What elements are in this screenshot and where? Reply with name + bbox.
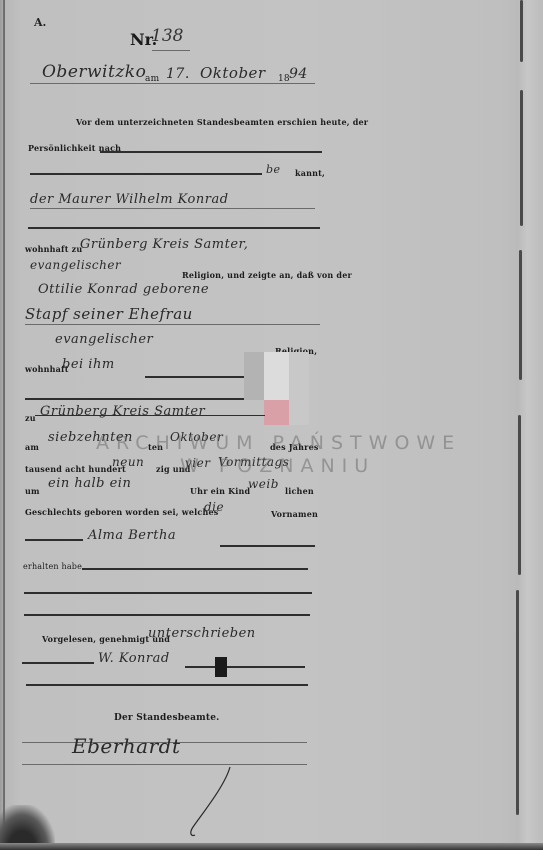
rule (26, 684, 308, 686)
mother-line-1: Ottilie Konrad geborene (38, 282, 209, 297)
received-label: erhalten habe (23, 562, 82, 571)
year-suffix: 94 (289, 66, 308, 82)
watermark-line-1: ARCHIWUM PAŃSTWOWE (96, 432, 461, 454)
rule (22, 764, 307, 765)
corner-label: A. (34, 16, 46, 29)
official-title: Der Standesbeamte. (114, 713, 220, 723)
informant-name: der Maurer Wilhelm Konrad (30, 192, 229, 207)
place-name: Oberwitzko (42, 62, 146, 82)
on-label: am (25, 442, 39, 452)
decade: neun (112, 455, 144, 469)
date-month: Oktober (200, 64, 266, 82)
birth-place: Grünberg Kreis Samter (40, 404, 205, 419)
rule (185, 666, 305, 668)
binding-thread (520, 0, 523, 62)
binding-thread (516, 590, 519, 815)
given-names-label: Vornamen (271, 509, 318, 519)
pronoun: die (204, 500, 224, 514)
rule (24, 592, 312, 594)
calibration-swatch-grey (244, 352, 264, 400)
rule (25, 539, 83, 541)
rule (30, 208, 315, 209)
rule (220, 545, 315, 547)
rule (152, 50, 190, 51)
binding-thread (518, 415, 521, 575)
informant-signature: W. Konrad (98, 651, 170, 666)
residence-label: wohnhaft zu (25, 244, 82, 254)
religion-informant: evangelischer (30, 258, 121, 272)
residence: Grünberg Kreis Samter, (80, 237, 248, 252)
rule (28, 227, 320, 229)
sex: weib (248, 477, 279, 491)
date-day: 17. (166, 66, 190, 82)
intro-line: Vor dem unterzeichneten Standesbeamten e… (76, 117, 368, 127)
page-left-edge (3, 0, 5, 850)
residence-2: bei ihm (62, 357, 115, 372)
binding-thread (520, 90, 523, 226)
religion-mother: evangelischer (55, 332, 153, 347)
signature-flourish (185, 765, 235, 840)
document-page: A. Nr. 138 Oberwitzko am 17. Oktober 18 … (0, 0, 543, 850)
calibration-swatch-white (264, 352, 289, 400)
rule (30, 173, 262, 175)
uhr-label: Uhr ein Kind (190, 486, 250, 496)
calibration-swatch-pink (264, 400, 289, 425)
official-signature: Eberhardt (72, 734, 181, 758)
watermark-line-2: W POZNANIU (180, 455, 375, 477)
known-hand: be (266, 163, 281, 176)
binding-thread (519, 250, 522, 380)
thousand-label: tausend acht hundert (25, 464, 126, 474)
entry-number: 138 (151, 26, 183, 46)
hour: ein halb ein (48, 476, 131, 491)
rule (24, 614, 310, 616)
approval-hand: unterschrieben (148, 626, 256, 641)
ink-mark (215, 657, 227, 677)
rule (100, 151, 322, 153)
um-label: um (25, 486, 40, 496)
rule (25, 324, 320, 325)
gender-line: Geschlechts geboren worden sei, welches (25, 507, 218, 517)
given-names: Alma Bertha (88, 528, 176, 543)
bottom-edge-shadow (0, 843, 543, 850)
calibration-swatch-light (289, 352, 309, 425)
mother-line-2: Stapf seiner Ehefrau (25, 305, 193, 323)
religion-label-1: Religion, und zeigte an, daß von der (182, 270, 352, 280)
rule (82, 568, 308, 570)
sex-suffix: lichen (285, 486, 314, 496)
rule (30, 83, 315, 84)
rule (35, 415, 265, 416)
rule (22, 662, 94, 664)
known-suffix: kannt, (295, 168, 325, 178)
